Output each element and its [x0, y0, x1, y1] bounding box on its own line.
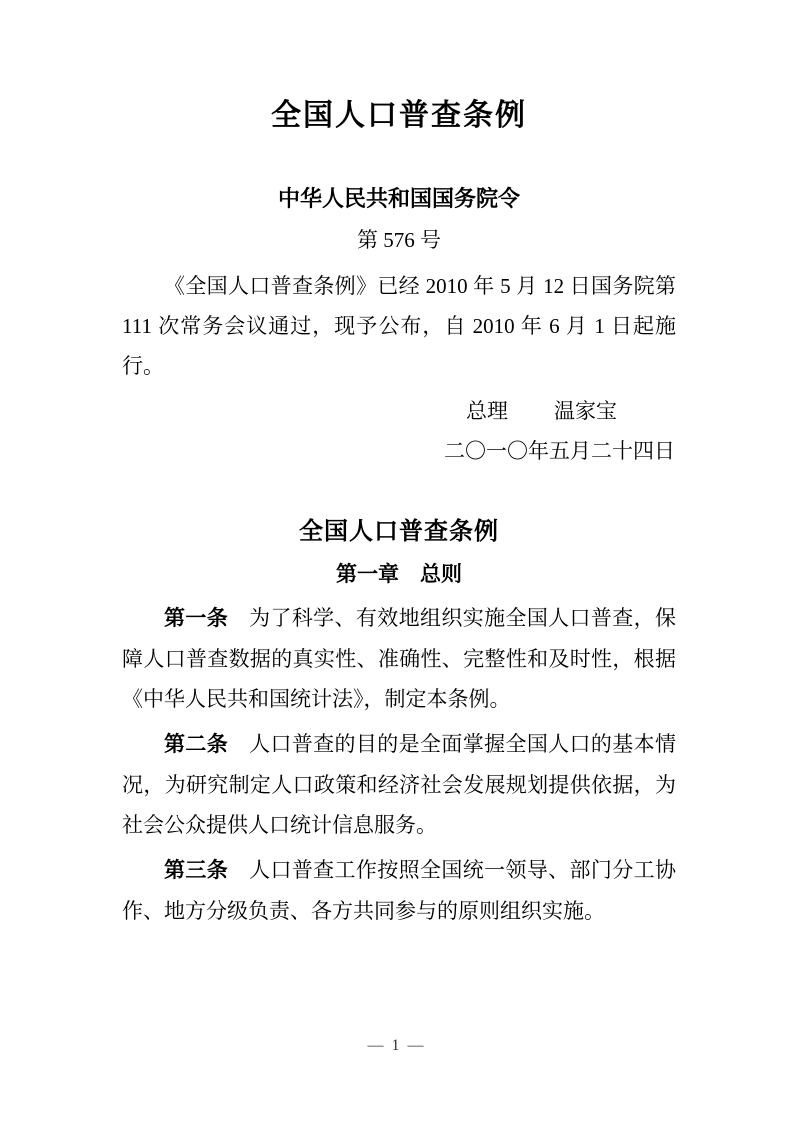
- regulation-title: 全国人口普查条例: [122, 517, 676, 547]
- article-2: 第二条人口普查的目的是全面掌握全国人口的基本情况，为研究制定人口政策和经济社会发…: [122, 724, 676, 845]
- article-2-label: 第二条: [164, 733, 228, 756]
- document-title: 全国人口普查条例: [122, 100, 676, 132]
- article-1: 第一条为了科学、有效地组织实施全国人口普查，保障人口普查数据的真实性、准确性、完…: [122, 598, 676, 719]
- decree-issuer-heading: 中华人民共和国国务院令: [122, 187, 676, 210]
- article-1-label: 第一条: [164, 607, 228, 630]
- page-number: — 1 —: [0, 1036, 793, 1056]
- decree-date: 二〇一〇年五月二十四日: [122, 431, 676, 471]
- signer-title: 总理: [466, 399, 508, 423]
- decree-announcement-paragraph: 《全国人口普查条例》已经 2010 年 5 月 12 日国务院第 111 次常务…: [122, 266, 676, 386]
- document-page: 全国人口普查条例 中华人民共和国国务院令 第 576 号 《全国人口普查条例》已…: [0, 0, 793, 1122]
- signer-name: 温家宝: [554, 399, 617, 423]
- article-3: 第三条人口普查工作按照全国统一领导、部门分工协作、地方分级负责、各方共同参与的原…: [122, 850, 676, 931]
- article-3-label: 第三条: [164, 859, 228, 882]
- chapter-heading: 第一章 总则: [122, 562, 676, 588]
- decree-number: 第 576 号: [122, 229, 676, 251]
- signature-line: 总理温家宝: [122, 391, 676, 431]
